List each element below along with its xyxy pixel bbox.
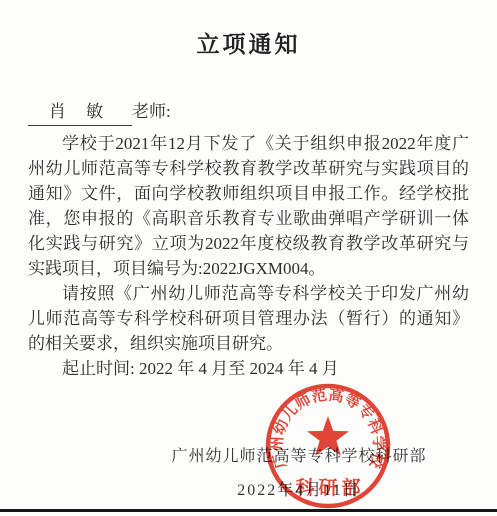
signature-date: 2022年4月11日 [104,477,494,500]
salutation-suffix: 老师: [132,102,171,121]
scan-edge-line [0,509,497,512]
salutation-line: 肖 敏老师: [28,99,469,126]
paragraph-project-approval: 学校于2021年12月下发了《关于组织申报2022年度广州幼儿师范高等专科学校教… [28,131,469,281]
document-title: 立项通知 [0,0,497,59]
notice-document-page: 立项通知 肖 敏老师: 学校于2021年12月下发了《关于组织申报2022年度广… [0,0,497,516]
signature-organization: 广州幼儿师范高等专科学校科研部 [104,443,494,466]
document-body: 学校于2021年12月下发了《关于组织申报2022年度广州幼儿师范高等专科学校教… [28,131,469,381]
paragraph-project-duration: 起止时间: 2022 年 4 月至 2024 年 4 月 [28,356,469,381]
paragraph-requirements: 请按照《广州幼儿师范高等专科学校关于印发广州幼儿师范高等专科学校科研项目管理办法… [28,281,469,356]
recipient-name: 肖 敏 [28,99,132,126]
